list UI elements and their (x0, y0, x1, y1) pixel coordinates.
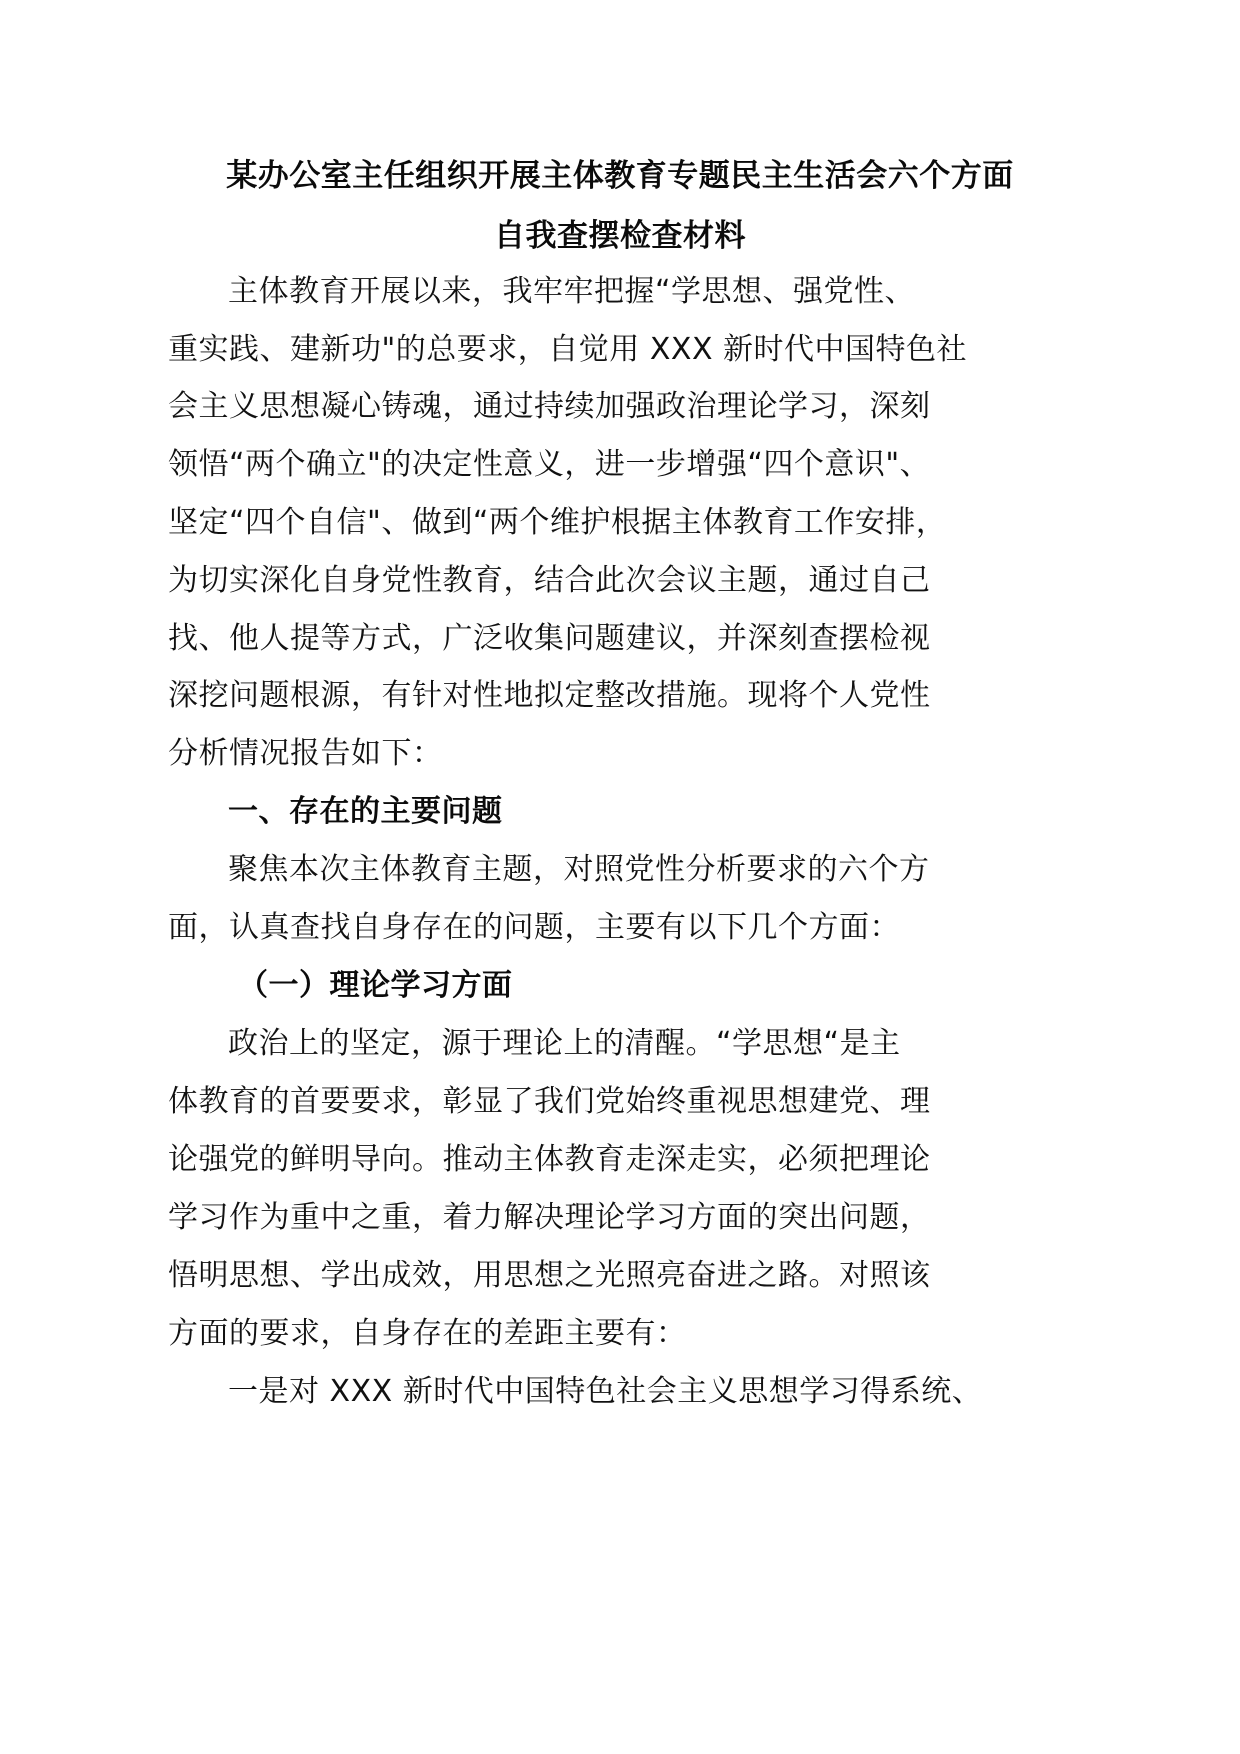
paragraph-line: 体教育的首要要求，彰显了我们党始终重视思想建党、理 (168, 1073, 968, 1131)
document-title-line-1: 某办公室主任组织开展主体教育专题民主生活会六个方面 (0, 147, 1240, 205)
paragraph-line: 分析情况报告如下： (168, 725, 968, 783)
paragraph-line: 主体教育开展以来，我牢牢把握“学思想、强党性、 (228, 263, 1028, 321)
paragraph-line: 悟明思想、学出成效，用思想之光照亮奋进之路。对照该 (168, 1247, 968, 1305)
paragraph-line: 一是对 XXX 新时代中国特色社会主义思想学习得系统、 (228, 1363, 1028, 1421)
section-heading: 一、存在的主要问题 (228, 783, 1028, 841)
paragraph-line: 学习作为重中之重，着力解决理论学习方面的突出问题， (168, 1189, 968, 1247)
paragraph-line: 论强党的鲜明导向。推动主体教育走深走实，必须把理论 (168, 1131, 968, 1189)
paragraph-line: 会主义思想凝心铸魂，通过持续加强政治理论学习，深刻 (168, 378, 968, 436)
paragraph-line: 重实践、建新功"的总要求，自觉用 XXX 新时代中国特色社 (168, 321, 968, 379)
paragraph-line: 政治上的坚定，源于理论上的清醒。“学思想“是主 (228, 1015, 1028, 1073)
paragraph-line: 深挖问题根源，有针对性地拟定整改措施。现将个人党性 (168, 667, 968, 725)
paragraph-line: 为切实深化自身党性教育，结合此次会议主题，通过自己 (168, 552, 968, 610)
subsection-heading: （一）理论学习方面 (238, 957, 1038, 1015)
paragraph-line: 面，认真查找自身存在的问题，主要有以下几个方面： (168, 899, 968, 957)
paragraph-line: 坚定“四个自信"、做到“两个维护根据主体教育工作安排， (168, 494, 968, 552)
paragraph-line: 领悟“两个确立"的决定性意义，进一步增强“四个意识"、 (168, 436, 968, 494)
paragraph-line: 找、他人提等方式，广泛收集问题建议，并深刻查摆检视 (168, 610, 968, 668)
document-page: 某办公室主任组织开展主体教育专题民主生活会六个方面 自我查摆检查材料 主体教育开… (0, 0, 1240, 1754)
document-title-line-2: 自我查摆检查材料 (0, 207, 1240, 265)
paragraph-line: 聚焦本次主体教育主题，对照党性分析要求的六个方 (228, 841, 1028, 899)
paragraph-line: 方面的要求，自身存在的差距主要有： (168, 1305, 968, 1363)
